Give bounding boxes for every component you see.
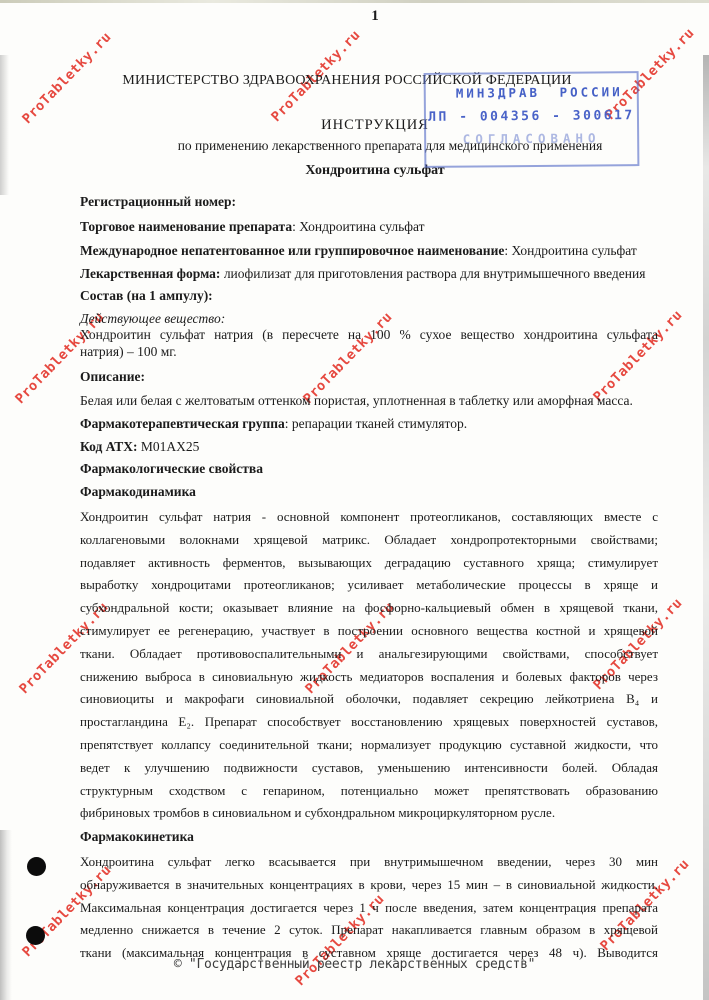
paragraph-line: простагландина E₂. Препарат способствует… [80, 711, 658, 734]
stamp-registration-number: ЛП - 004356 - 300617 [426, 108, 637, 125]
paragraph-line: структурным сходством с гепарином, потен… [80, 780, 658, 803]
paragraph-line: субхондральной кости; оказывает влияние … [80, 597, 658, 620]
scan-edge-right [703, 55, 709, 1000]
field-label: Лекарственная форма: [80, 266, 220, 281]
scan-edge-top [0, 0, 709, 3]
field-reg-number: Регистрационный номер: [80, 193, 658, 210]
paragraph-line: натрия) – 100 мг. [80, 343, 658, 360]
field-atc-code: Код АТХ: M01AX25 [80, 438, 658, 455]
ministry-approval-stamp: МИНЗДРАВ РОССИИ ЛП - 004356 - 300617 СОГ… [424, 71, 640, 168]
hole-punch-dot [27, 857, 46, 876]
paragraph-line: Максимальная концентрация достигается че… [80, 897, 658, 920]
field-inn: Международное непатентованное или группи… [80, 242, 658, 259]
field-label: Код АТХ: [80, 439, 138, 454]
paragraph-line: снижению выброса в синовиальную жидкость… [80, 666, 658, 689]
description-label: Описание: [80, 368, 658, 385]
paragraph-line: коллагеновыми волокнами хрящевой матрикс… [80, 529, 658, 552]
paragraph-line: стимулирует ее регенерацию, участвует в … [80, 620, 658, 643]
active-substance-paragraph: Хондроитин сульфат натрия (в пересчете н… [80, 326, 658, 360]
field-pharm-group: Фармакотерапевтическая группа: репарации… [80, 415, 658, 432]
paragraph-line: обнаруживается в значительных концентрац… [80, 874, 658, 897]
section-pharmacodynamics: Фармакодинамика [80, 483, 658, 500]
footer-copyright: © "Государственный реестр лекарственных … [0, 957, 709, 972]
stamp-org-line: МИНЗДРАВ РОССИИ [426, 84, 637, 101]
field-label: Международное непатентованное или группи… [80, 243, 504, 258]
field-value: M01AX25 [138, 439, 200, 454]
paragraph-line: Хондроитин сульфат натрия (в пересчете н… [80, 326, 658, 343]
active-substance-label: Действующее вещество: [80, 310, 658, 327]
pharmacodynamics-paragraph: Хондроитин сульфат натрия - основной ком… [80, 506, 658, 825]
paragraph-line: синовиоциты и макрофаги синовиальной обо… [80, 688, 658, 711]
field-label: Торговое наименование препарата [80, 219, 292, 234]
paragraph-line: Хондроитина сульфат легко всасывается пр… [80, 851, 658, 874]
field-value: : Хондроитина сульфат [504, 243, 636, 258]
paragraph-line: Хондроитин сульфат натрия - основной ком… [80, 506, 658, 529]
paragraph-line: фибриновых тромбов в синовиальном и субх… [80, 802, 658, 825]
paragraph-line: препятствует коллапсу соединительной тка… [80, 734, 658, 757]
document-page: ProTabletky.ru ProTabletky.ru ProTabletk… [0, 0, 709, 1000]
field-composition: Состав (на 1 ампулу): [80, 287, 658, 304]
field-trade-name: Торговое наименование препарата: Хондрои… [80, 218, 658, 235]
scan-edge-left-upper [0, 55, 9, 195]
field-dosage-form: Лекарственная форма: лиофилизат для приг… [80, 265, 658, 282]
section-pharmacokinetics: Фармакокинетика [80, 828, 658, 845]
description-text: Белая или белая с желтоватым оттенком по… [80, 392, 658, 409]
paragraph-line: ткани. Обладает противовоспалительными и… [80, 643, 658, 666]
page-number: 1 [85, 8, 665, 25]
paragraph-line: выработку хондроцитами протеогликанов; у… [80, 574, 658, 597]
paragraph-line: подавляет активность ферментов, вызывающ… [80, 552, 658, 575]
stamp-approved-line: СОГЛАСОВАНО [426, 130, 637, 147]
field-label: Фармакотерапевтическая группа [80, 416, 285, 431]
hole-punch-dot [26, 926, 45, 945]
field-value: лиофилизат для приготовления раствора дл… [220, 266, 645, 281]
section-pharm-properties: Фармакологические свойства [80, 460, 658, 477]
field-value: : Хондроитина сульфат [292, 219, 424, 234]
paragraph-line: медленно снижается в течение 2 суток. Пр… [80, 919, 658, 942]
scan-edge-left-lower [0, 830, 12, 1000]
pharmacokinetics-paragraph: Хондроитина сульфат легко всасывается пр… [80, 851, 658, 965]
field-value: : репарации тканей стимулятор. [285, 416, 467, 431]
paragraph-line: ведет к улучшению подвижности суставов, … [80, 757, 658, 780]
